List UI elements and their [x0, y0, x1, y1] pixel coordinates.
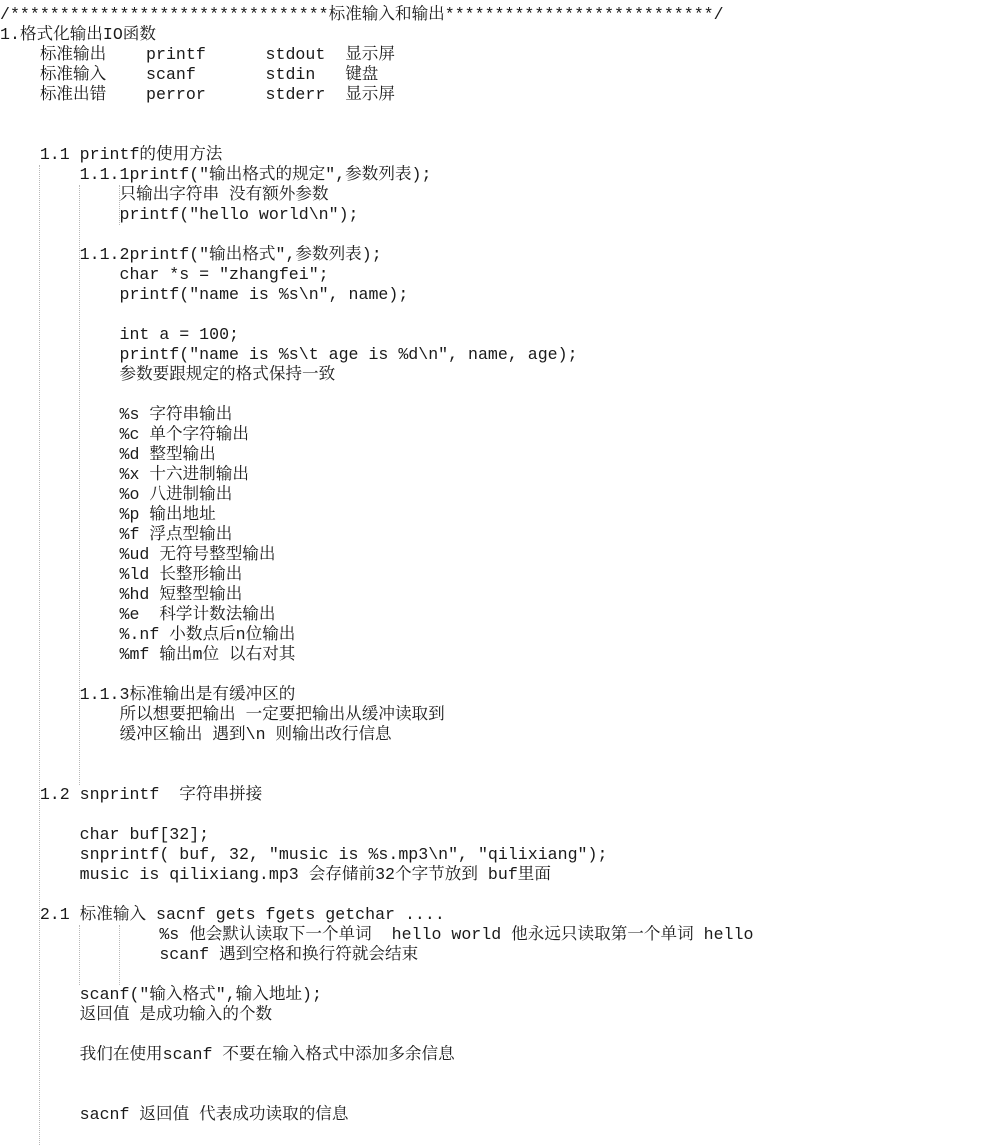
text-line: printf("name is %s\n", name);	[0, 285, 998, 305]
line-text: printf("name is %s\n", name);	[0, 285, 408, 304]
line-text: 参数要跟规定的格式保持一致	[0, 365, 335, 384]
text-line: snprintf( buf, 32, "music is %s.mp3\n", …	[0, 845, 998, 865]
line-text: sacnf 返回值 代表成功读取的信息	[0, 1105, 349, 1124]
text-line: 1.1.3标准输出是有缓冲区的	[0, 685, 998, 705]
line-text: printf("hello world\n");	[0, 205, 358, 224]
line-text: %x 十六进制输出	[0, 465, 249, 484]
text-line: 只输出字符串 没有额外参数	[0, 185, 998, 205]
text-line: 1.1.1printf("输出格式的规定",参数列表);	[0, 165, 998, 185]
text-line: 1.1 printf的使用方法	[0, 145, 998, 165]
line-text: music is qilixiang.mp3 会存储前32个字节放到 buf里面	[0, 865, 551, 884]
text-line: %s 字符串输出	[0, 405, 998, 425]
text-line	[0, 305, 998, 325]
text-line: %c 单个字符输出	[0, 425, 998, 445]
text-line: /********************************标准输入和输出…	[0, 5, 998, 25]
text-line: 所以想要把输出 一定要把输出从缓冲读取到	[0, 705, 998, 725]
line-text: 标准输出 printf stdout 显示屏	[0, 45, 395, 64]
line-text: 缓冲区输出 遇到\n 则输出改行信息	[0, 725, 392, 744]
text-line: 返回值 是成功输入的个数	[0, 1005, 998, 1025]
text-line: 标准输出 printf stdout 显示屏	[0, 45, 998, 65]
text-line	[0, 665, 998, 685]
text-line	[0, 885, 998, 905]
text-line	[0, 1085, 998, 1105]
line-text: %s 字符串输出	[0, 405, 232, 424]
text-line: char buf[32];	[0, 825, 998, 845]
text-line	[0, 965, 998, 985]
line-text: %ud 无符号整型输出	[0, 545, 275, 564]
text-editor-content[interactable]: /********************************标准输入和输出…	[0, 5, 998, 1148]
line-text: %hd 短整型输出	[0, 585, 242, 604]
text-line	[0, 1025, 998, 1045]
line-text: 我们在使用scanf 不要在输入格式中添加多余信息	[0, 1045, 455, 1064]
text-line: char *s = "zhangfei";	[0, 265, 998, 285]
line-text: printf("name is %s\t age is %d\n", name,…	[0, 345, 578, 364]
line-text: scanf("输入格式",输入地址);	[0, 985, 322, 1004]
text-line: 标准出错 perror stderr 显示屏	[0, 85, 998, 105]
line-text: 1.1.2printf("输出格式",参数列表);	[0, 245, 382, 264]
text-line: printf("name is %s\t age is %d\n", name,…	[0, 345, 998, 365]
text-line: %hd 短整型输出	[0, 585, 998, 605]
text-line: %ud 无符号整型输出	[0, 545, 998, 565]
text-line: %s 他会默认读取下一个单词 hello world 他永远只读取第一个单词 h…	[0, 925, 998, 945]
text-line: music is qilixiang.mp3 会存储前32个字节放到 buf里面	[0, 865, 998, 885]
text-line: %o 八进制输出	[0, 485, 998, 505]
line-text: 1.2 snprintf 字符串拼接	[0, 785, 262, 804]
text-line	[0, 105, 998, 125]
line-text: snprintf( buf, 32, "music is %s.mp3\n", …	[0, 845, 607, 864]
line-text: int a = 100;	[0, 325, 239, 344]
text-line: scanf 遇到空格和换行符就会结束	[0, 945, 998, 965]
text-line: 1.1.2printf("输出格式",参数列表);	[0, 245, 998, 265]
line-text: %ld 长整形输出	[0, 565, 242, 584]
line-text: %f 浮点型输出	[0, 525, 232, 544]
text-line: %ld 长整形输出	[0, 565, 998, 585]
text-line	[0, 765, 998, 785]
line-text: 1.1.3标准输出是有缓冲区的	[0, 685, 295, 704]
text-line: sacnf 返回值 代表成功读取的信息	[0, 1105, 998, 1125]
text-lines: /********************************标准输入和输出…	[0, 5, 998, 1145]
text-line: 参数要跟规定的格式保持一致	[0, 365, 998, 385]
text-line: int a = 100;	[0, 325, 998, 345]
text-line: 1.2 snprintf 字符串拼接	[0, 785, 998, 805]
line-text: %o 八进制输出	[0, 485, 232, 504]
line-text: 1.1 printf的使用方法	[0, 145, 222, 164]
line-text: 所以想要把输出 一定要把输出从缓冲读取到	[0, 705, 445, 724]
text-line: %d 整型输出	[0, 445, 998, 465]
text-line: %.nf 小数点后n位输出	[0, 625, 998, 645]
line-text: %c 单个字符输出	[0, 425, 249, 444]
line-text: %d 整型输出	[0, 445, 216, 464]
line-text: %mf 输出m位 以右对其	[0, 645, 295, 664]
text-line	[0, 805, 998, 825]
line-text: 只输出字符串 没有额外参数	[0, 185, 329, 204]
text-line: %f 浮点型输出	[0, 525, 998, 545]
line-text: 1.1.1printf("输出格式的规定",参数列表);	[0, 165, 431, 184]
text-line: 1.格式化输出IO函数	[0, 25, 998, 45]
line-text: 返回值 是成功输入的个数	[0, 1005, 272, 1024]
line-text: 标准出错 perror stderr 显示屏	[0, 85, 395, 104]
text-line	[0, 225, 998, 245]
text-line	[0, 125, 998, 145]
text-line	[0, 745, 998, 765]
text-line	[0, 1125, 998, 1145]
text-line	[0, 1065, 998, 1085]
line-text: %.nf 小数点后n位输出	[0, 625, 295, 644]
text-line	[0, 385, 998, 405]
text-line: 我们在使用scanf 不要在输入格式中添加多余信息	[0, 1045, 998, 1065]
line-text: /********************************标准输入和输出…	[0, 5, 724, 24]
text-line: 缓冲区输出 遇到\n 则输出改行信息	[0, 725, 998, 745]
line-text: 2.1 标准输入 sacnf gets fgets getchar ....	[0, 905, 445, 924]
line-text: 1.格式化输出IO函数	[0, 25, 156, 44]
line-text: %e 科学计数法输出	[0, 605, 275, 624]
line-text: %s 他会默认读取下一个单词 hello world 他永远只读取第一个单词 h…	[0, 925, 753, 944]
text-line: printf("hello world\n");	[0, 205, 998, 225]
line-text: 标准输入 scanf stdin 键盘	[0, 65, 378, 84]
text-line: scanf("输入格式",输入地址);	[0, 985, 998, 1005]
text-line: %e 科学计数法输出	[0, 605, 998, 625]
text-line: 标准输入 scanf stdin 键盘	[0, 65, 998, 85]
text-line: %x 十六进制输出	[0, 465, 998, 485]
text-line: %mf 输出m位 以右对其	[0, 645, 998, 665]
line-text: char buf[32];	[0, 825, 209, 844]
text-line: 2.1 标准输入 sacnf gets fgets getchar ....	[0, 905, 998, 925]
text-line: %p 输出地址	[0, 505, 998, 525]
line-text: %p 输出地址	[0, 505, 216, 524]
line-text: char *s = "zhangfei";	[0, 265, 329, 284]
line-text: scanf 遇到空格和换行符就会结束	[0, 945, 418, 964]
